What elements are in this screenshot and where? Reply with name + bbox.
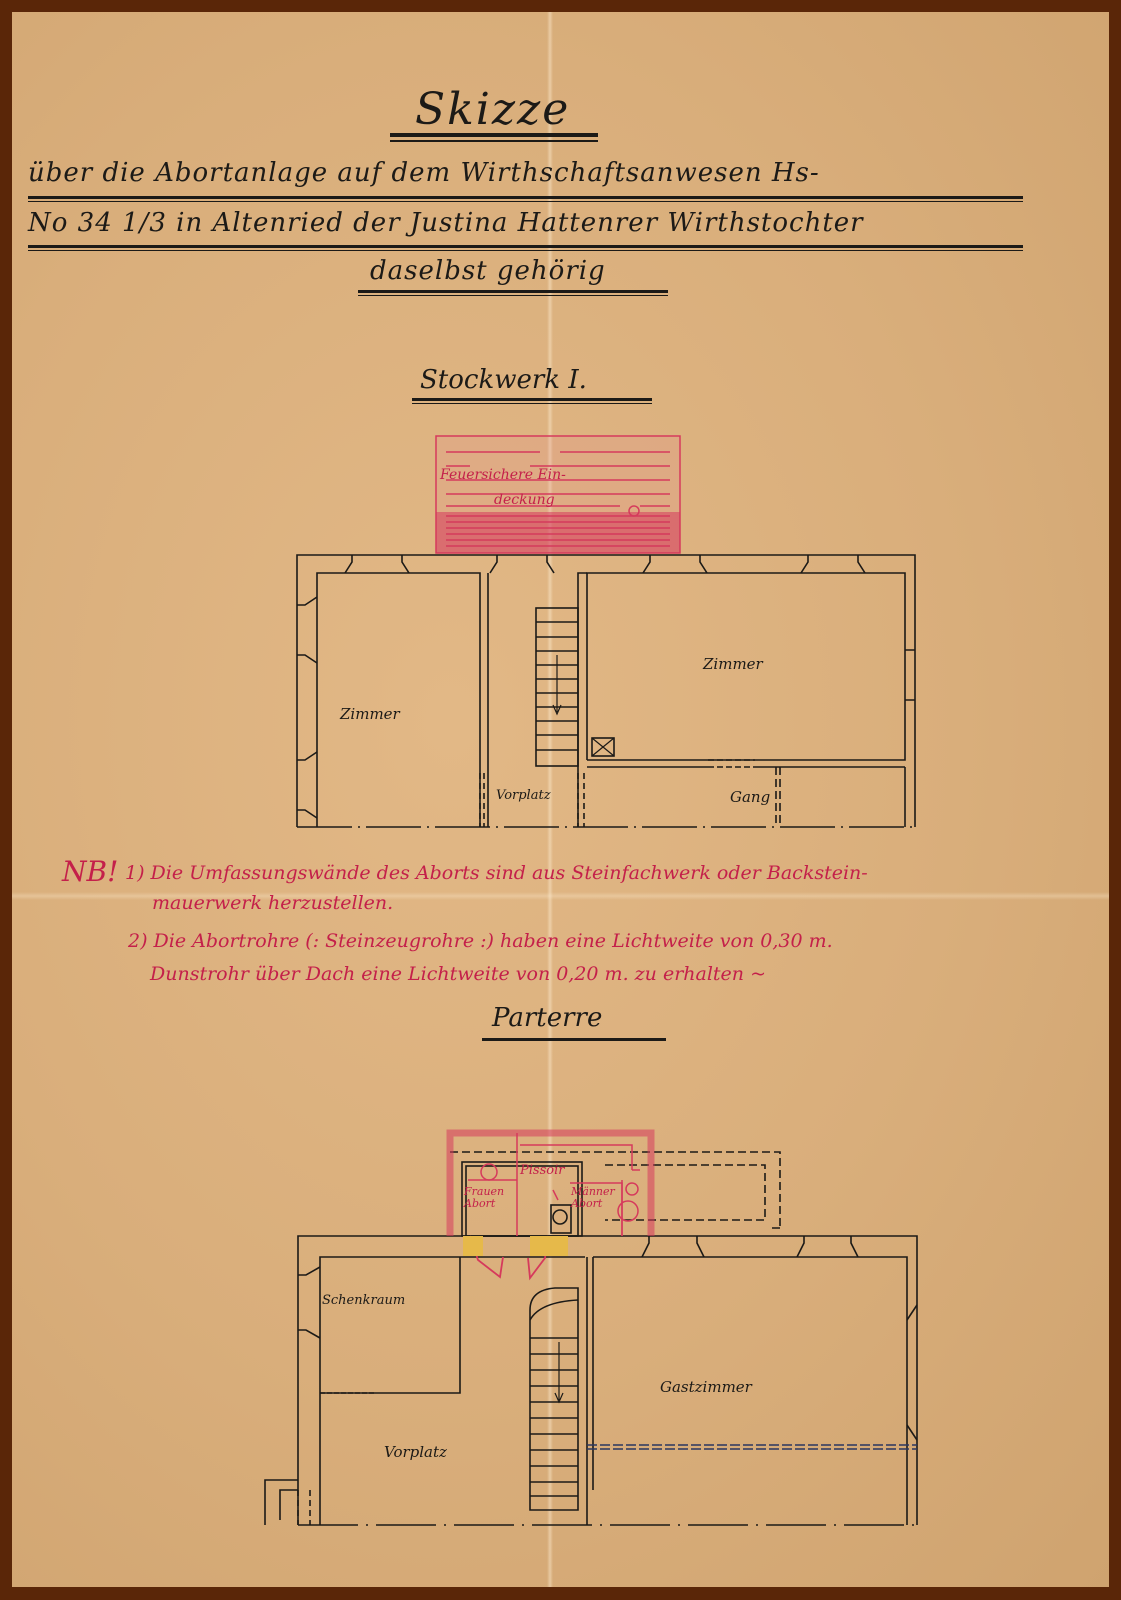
roof-note-line-1: Feuersichere Ein- <box>440 467 566 483</box>
note-line-2: mauerwerk herzustellen. <box>152 892 393 914</box>
room-label-schenkraum: Schenkraum <box>322 1293 405 1308</box>
roof-note-line-2: deckung <box>494 492 555 508</box>
room-label-vorplatz-upper: Vorplatz <box>496 788 551 803</box>
annex-label-maenner-abort: Männer Abort <box>571 1186 617 1210</box>
note-line-3: 2) Die Abortrohre (: Steinzeugrohre :) h… <box>128 930 833 952</box>
floor-label-ground-underline <box>482 1038 666 1041</box>
room-label-vorplatz-ground: Vorplatz <box>384 1443 447 1461</box>
room-label-zimmer-left: Zimmer <box>340 705 400 723</box>
note-line-4: Dunstrohr über Dach eine Lichtweite von … <box>150 963 766 985</box>
floor-plans-drawing <box>0 0 1121 1600</box>
nb-marker: NB! <box>62 855 118 888</box>
room-label-gang: Gang <box>730 788 770 806</box>
annex-label-frauen-abort: Frauen Abort <box>464 1186 510 1210</box>
upper-floor-plan <box>297 555 915 827</box>
yellow-fill-left <box>463 1236 483 1256</box>
note-line-1: 1) Die Umfassungswände des Aborts sind a… <box>125 862 868 884</box>
yellow-fill-right <box>530 1236 568 1256</box>
room-label-zimmer-right: Zimmer <box>703 655 763 673</box>
floor-label-ground: Parterre <box>492 1003 602 1033</box>
room-label-gastzimmer: Gastzimmer <box>660 1378 752 1396</box>
annex-label-pissoir: Pissoir <box>520 1163 564 1178</box>
roof-red-hatching <box>436 512 680 553</box>
